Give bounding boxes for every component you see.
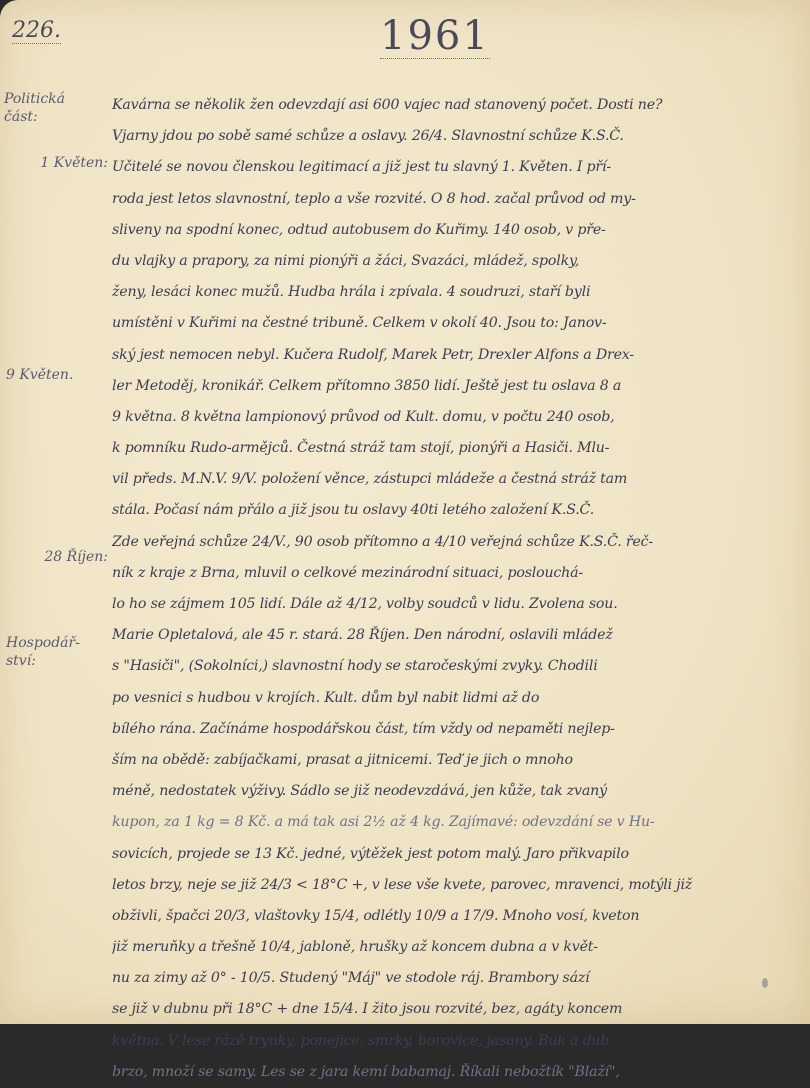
text-line: sovicích, projede se 13 Kč. jedné, výtěž… bbox=[112, 839, 784, 870]
text-line: ský jest nemocen nebyl. Kučera Rudolf, M… bbox=[112, 340, 784, 371]
margin-note-28-rijen: 28 Říjen: bbox=[20, 548, 108, 566]
text-line: k pomníku Rudo-armějců. Čestná stráž tam… bbox=[112, 433, 784, 464]
margin-note-9-kveten: 9 Květen. bbox=[6, 366, 86, 384]
page-year-heading: 1961 bbox=[380, 14, 490, 59]
text-line: Vjarny jdou po sobě samé schůze a oslavy… bbox=[112, 121, 784, 152]
text-line: po vesnici s hudbou v krojích. Kult. dům… bbox=[112, 683, 784, 714]
text-line: ším na obědě: zabíjačkami, prasat a jitn… bbox=[112, 745, 784, 776]
text-line: ler Metoděj, kronikář. Celkem přítomno 3… bbox=[112, 371, 784, 402]
text-line: Učitelé se novou členskou legitimací a j… bbox=[112, 152, 784, 183]
ink-spot bbox=[762, 978, 768, 988]
text-line: méně, nedostatek výživy. Sádlo se již ne… bbox=[112, 776, 784, 807]
text-line: du vlajky a prapory, za nimi pionýři a ž… bbox=[112, 246, 784, 277]
text-line: Zde veřejná schůze 24/V., 90 osob přítom… bbox=[112, 527, 784, 558]
text-line: bílého rána. Začínáme hospodářskou část,… bbox=[112, 714, 784, 745]
text-line: kupon, za 1 kg = 8 Kč. a má tak asi 2½ a… bbox=[112, 807, 784, 838]
handwritten-body: Kavárna se několik žen odevzdají asi 600… bbox=[112, 90, 784, 1024]
text-line: Kavárna se několik žen odevzdají asi 600… bbox=[112, 90, 784, 121]
margin-note-1-kveten: 1 Květen: bbox=[20, 154, 108, 172]
chronicle-page: 226. 1961 Politická část: 1 Květen: 9 Kv… bbox=[0, 0, 810, 1024]
text-line: s "Hasiči", (Sokolníci,) slavnostní hody… bbox=[112, 651, 784, 682]
text-line: již meruňky a třešně 10/4, jabloně, hruš… bbox=[112, 932, 784, 963]
margin-note-politicka-cast: Politická část: bbox=[4, 90, 104, 126]
text-line: sliveny na spodní konec, odtud autobusem… bbox=[112, 215, 784, 246]
text-line: Marie Opletalová, ale 45 r. stará. 28 Ří… bbox=[112, 620, 784, 651]
text-line: stála. Počasí nám přálo a již jsou tu os… bbox=[112, 495, 784, 526]
text-line: ženy, lesáci konec mužů. Hudba hrála i z… bbox=[112, 277, 784, 308]
page-number: 226. bbox=[12, 18, 61, 44]
text-line: ník z kraje z Brna, mluvil o celkové mez… bbox=[112, 558, 784, 589]
text-line: umístěni v Kuřimi na čestné tribuně. Cel… bbox=[112, 308, 784, 339]
text-line: nu za zimy až 0° - 10/5. Studený "Máj" v… bbox=[112, 963, 784, 994]
text-line: vil předs. M.N.V. 9/V. položení věnce, z… bbox=[112, 464, 784, 495]
text-line: se již v dubnu při 18°C + dne 15/4. I ži… bbox=[112, 994, 784, 1024]
text-line: lo ho se zájmem 105 lidí. Dále až 4/12, … bbox=[112, 589, 784, 620]
text-line: letos brzy, neje se již 24/3 < 18°C +, v… bbox=[112, 870, 784, 901]
margin-note-hospodarstvi: Hospodář- ství: bbox=[6, 634, 106, 670]
text-line: 9 května. 8 května lampionový průvod od … bbox=[112, 402, 784, 433]
text-line: obživli, špačci 20/3, vlaštovky 15/4, od… bbox=[112, 901, 784, 932]
text-line: roda jest letos slavnostní, teplo a vše … bbox=[112, 184, 784, 215]
